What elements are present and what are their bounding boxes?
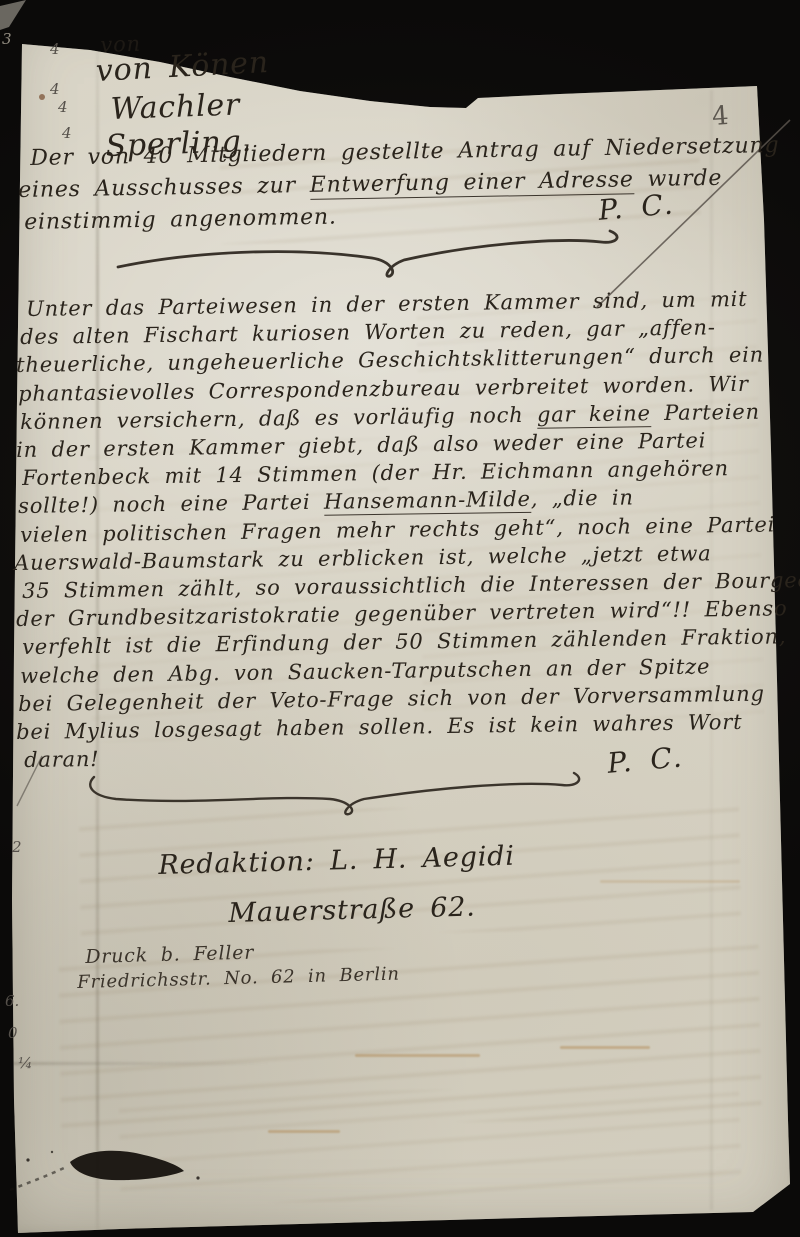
underlined-phrase: Hansemann-Milde [324,487,531,516]
header-name: Wachler [110,87,241,126]
imprint-printer-address: Friedrichsstr. No. 62 in Berlin [77,964,400,993]
article-line: bei Mylius losgesagt haben sollen. Es is… [16,710,743,744]
margin-mark: 4 [50,80,60,98]
margin-mark: 4 [58,98,68,116]
article-line: verfehlt ist die Erfindung der 50 Stimme… [22,624,786,659]
text-segment: können versichern, daß es vorläufig noch [20,403,537,434]
handwriting-layer: 4 P. C. P. C. Redaktion: L. H. Aegidi Ma… [0,0,800,1237]
underlined-phrase: gar keine [537,401,651,429]
margin-mark: ¼ [18,1054,33,1072]
underlined-phrase: Entwerfung einer Adresse [310,167,634,200]
imprint-redaktion-address: Mauerstraße 62. [228,892,476,929]
article-line: theuerliche, ungeheuerliche Geschichtskl… [16,343,764,377]
margin-mark: 4 [50,40,60,58]
margin-mark: 3 [2,30,12,48]
article-signature: P. C. [606,740,685,780]
margin-mark: 0 [8,1024,18,1042]
article-line: sollte!) noch eine Partei Hansemann-Mild… [18,485,634,518]
article-line: daran! [24,747,100,772]
margin-mark: 2 [12,838,22,856]
resolution-line: einstimmig angenommen. [24,205,337,235]
text-segment: eines Ausschusses zur [18,173,310,203]
text-segment: sollte!) noch eine Partei [18,490,324,518]
imprint-redaktion: Redaktion: L. H. Aegidi [158,841,515,881]
text-segment: wurde [634,166,723,193]
scanned-document-page: 4 P. C. P. C. Redaktion: L. H. Aegidi Ma… [0,0,800,1237]
margin-mark: 4 [62,124,72,142]
page-number: 4 [711,101,730,132]
text-segment: Parteien [651,400,760,426]
margin-mark: 6. [5,992,19,1010]
imprint-printer: Druck b. Feller [85,942,254,968]
text-segment: , „die in [531,485,634,510]
